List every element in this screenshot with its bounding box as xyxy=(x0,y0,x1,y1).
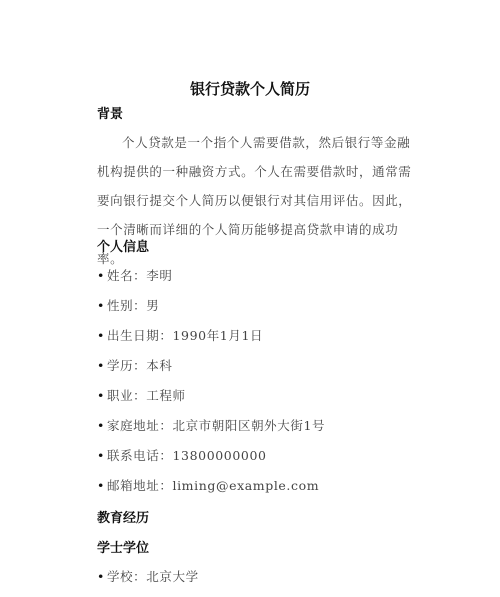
list-item: •职业：工程师 xyxy=(97,386,186,404)
list-item: •家庭地址：北京市朝阳区朝外大街1号 xyxy=(97,416,325,434)
document-page: 银行贷款个人简历 背景 个人贷款是一个指个人需要借款，然后银行等金融机构提供的一… xyxy=(0,0,500,597)
bullet: • xyxy=(97,478,105,493)
bullet: • xyxy=(97,268,105,283)
bullet: • xyxy=(97,569,105,584)
bullet: • xyxy=(97,298,105,313)
bullet: • xyxy=(97,448,105,463)
document-title: 银行贷款个人简历 xyxy=(0,78,500,99)
section-heading-background: 背景 xyxy=(97,103,123,122)
bullet: • xyxy=(97,418,105,433)
bullet: • xyxy=(97,388,105,403)
list-item: •性别：男 xyxy=(97,296,159,314)
subheading-bachelor-degree: 学士学位 xyxy=(97,537,149,556)
list-item: •联系电话：13800000000 xyxy=(97,446,267,464)
list-item: •学历：本科 xyxy=(97,356,173,374)
list-item: •学校：北京大学 xyxy=(97,567,199,585)
list-item: •邮箱地址：liming@example.com xyxy=(97,476,319,494)
section-heading-personal-info: 个人信息 xyxy=(97,236,149,255)
list-item: •姓名：李明 xyxy=(97,266,173,284)
section-heading-education: 教育经历 xyxy=(97,507,149,526)
list-item: •出生日期：1990年1月1日 xyxy=(97,326,263,344)
bullet: • xyxy=(97,328,105,343)
bullet: • xyxy=(97,358,105,373)
